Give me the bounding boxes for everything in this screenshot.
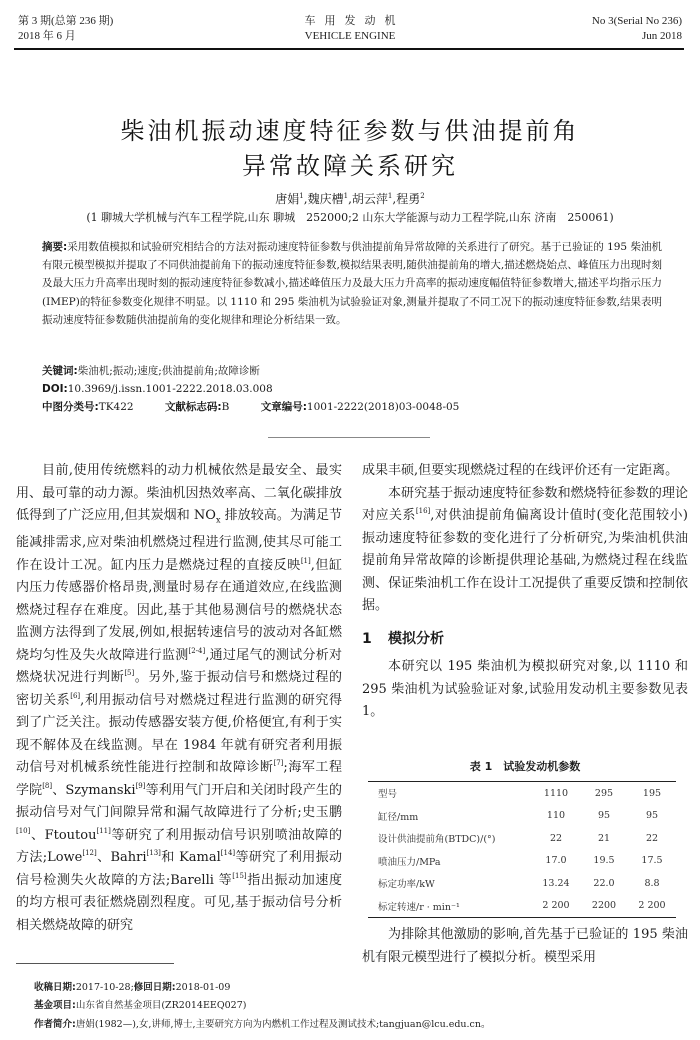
table-row: 标定功率/kW13.2422.08.8	[368, 872, 676, 895]
article-no-value: 1001-2222(2018)03-0048-05	[307, 401, 459, 413]
title-line-1: 柴油机振动速度特征参数与供油提前角	[0, 114, 700, 149]
doc-code-value: B	[222, 401, 230, 413]
author: 唐娟	[275, 192, 299, 206]
citation[interactable]: [16]	[416, 507, 430, 515]
keywords: 关键词:柴油机;振动;速度;供油提前角;故障诊断	[42, 362, 260, 380]
doi-value[interactable]: 10.3969/j.issn.1001-2222.2018.03.008	[68, 383, 273, 395]
header-rule	[14, 48, 684, 50]
citation[interactable]: [11]	[96, 827, 110, 835]
citation[interactable]: [1]	[301, 557, 311, 565]
abstract-text: 采用数值模拟和试验研究相结合的方法对振动速度特征参数与供油提前角异常故障的关系进…	[42, 241, 662, 326]
section-number: 1	[362, 628, 388, 651]
citation[interactable]: [9]	[136, 782, 146, 790]
doi-label: DOI:	[42, 383, 68, 395]
citation[interactable]: [13]	[147, 849, 161, 857]
header-issue-en: No 3(Serial No 236) Jun 2018	[592, 14, 682, 44]
paragraph-simulation: 为排除其他激励的影响,首先基于已验证的 195 柴油机有限元模型进行了模拟分析。…	[362, 924, 688, 969]
footnote-dates: 收稿日期:2017-10-28;修回日期:2018-01-09	[34, 981, 230, 995]
citation[interactable]: [5]	[124, 669, 134, 677]
footnote-fund: 基金项目:山东省自然基金项目(ZR2014EEQ027)	[34, 999, 246, 1013]
doi: DOI:10.3969/j.issn.1001-2222.2018.03.008	[42, 380, 273, 398]
citation[interactable]: [7]	[273, 759, 283, 767]
table-row: 型号1110295195	[368, 782, 676, 805]
table-row: 喷油压力/MPa17.019.517.5	[368, 850, 676, 873]
author: 胡云萍	[352, 192, 388, 206]
doc-code-label: 文献标志码:	[165, 401, 222, 413]
citation[interactable]: [8]	[42, 782, 52, 790]
section-title: 模拟分析	[388, 631, 444, 647]
section-heading: 1模拟分析	[362, 628, 688, 651]
classification: 中图分类号:TK422 文献标志码:B 文章编号:1001-2222(2018)…	[42, 398, 459, 416]
table-row: 设计供油提前角(BTDC)/(°)222122	[368, 827, 676, 850]
paragraph-section-1: 本研究以 195 柴油机为模拟研究对象,以 1110 和 295 柴油机为试验验…	[362, 656, 688, 724]
citation[interactable]: [2-4]	[188, 647, 205, 655]
body-column-left: 目前,使用传统燃料的动力机械依然是最安全、最实用、最可靠的动力源。柴油机因热效率…	[16, 460, 342, 937]
body-column-right: 成果丰硕,但要实现燃烧过程的在线评价还有一定距离。 本研究基于振动速度特征参数和…	[362, 460, 688, 724]
citation[interactable]: [14]	[221, 849, 235, 857]
abstract-label: 摘要:	[42, 241, 67, 253]
abstract-separator	[268, 437, 430, 438]
article-title: 柴油机振动速度特征参数与供油提前角 异常故障关系研究	[0, 114, 700, 184]
table-row: 缸径/mm1109595	[368, 805, 676, 828]
author: 程勇	[396, 192, 420, 206]
citation[interactable]: [10]	[16, 827, 30, 835]
clc-label: 中图分类号:	[42, 401, 99, 413]
paragraph-intro: 目前,使用传统燃料的动力机械依然是最安全、最实用、最可靠的动力源。柴油机因热效率…	[16, 460, 342, 937]
date-en: Jun 2018	[592, 29, 682, 44]
clc-value: TK422	[99, 401, 134, 413]
paragraph-objective: 本研究基于振动速度特征参数和燃烧特征参数的理论对应关系[16],对供油提前角偏离…	[362, 483, 688, 618]
title-line-2: 异常故障关系研究	[0, 149, 700, 184]
issue-en: No 3(Serial No 236)	[592, 14, 682, 29]
citation[interactable]: [12]	[82, 849, 96, 857]
footnote-rule	[16, 963, 174, 964]
engine-parameter-table: 型号1110295195 缸径/mm1109595 设计供油提前角(BTDC)/…	[368, 781, 676, 918]
footnote-author-bio: 作者简介:唐娟(1982—),女,讲师,博士,主要研究方向为内燃机工作过程及测试…	[34, 1018, 491, 1032]
keywords-text: 柴油机;振动;速度;供油提前角;故障诊断	[78, 365, 260, 377]
affiliation: (1 聊城大学机械与汽车工程学院,山东 聊城 252000;2 山东大学能源与动…	[0, 210, 700, 225]
abstract: 摘要:采用数值模拟和试验研究相结合的方法对振动速度特征参数与供油提前角异常故障的…	[42, 238, 662, 329]
table-row: 标定转速/r · min⁻¹2 20022002 200	[368, 895, 676, 918]
table-caption: 表 1 试验发动机参数	[362, 758, 688, 774]
author: 魏庆槽	[308, 192, 344, 206]
citation[interactable]: [6]	[70, 692, 80, 700]
paragraph-continued: 成果丰硕,但要实现燃烧过程的在线评价还有一定距离。	[362, 460, 688, 483]
article-no-label: 文章编号:	[261, 401, 307, 413]
author-list: 唐娟1,魏庆槽1,胡云萍1,程勇2	[0, 188, 700, 207]
keywords-label: 关键词:	[42, 365, 78, 377]
citation[interactable]: [15]	[232, 872, 246, 880]
